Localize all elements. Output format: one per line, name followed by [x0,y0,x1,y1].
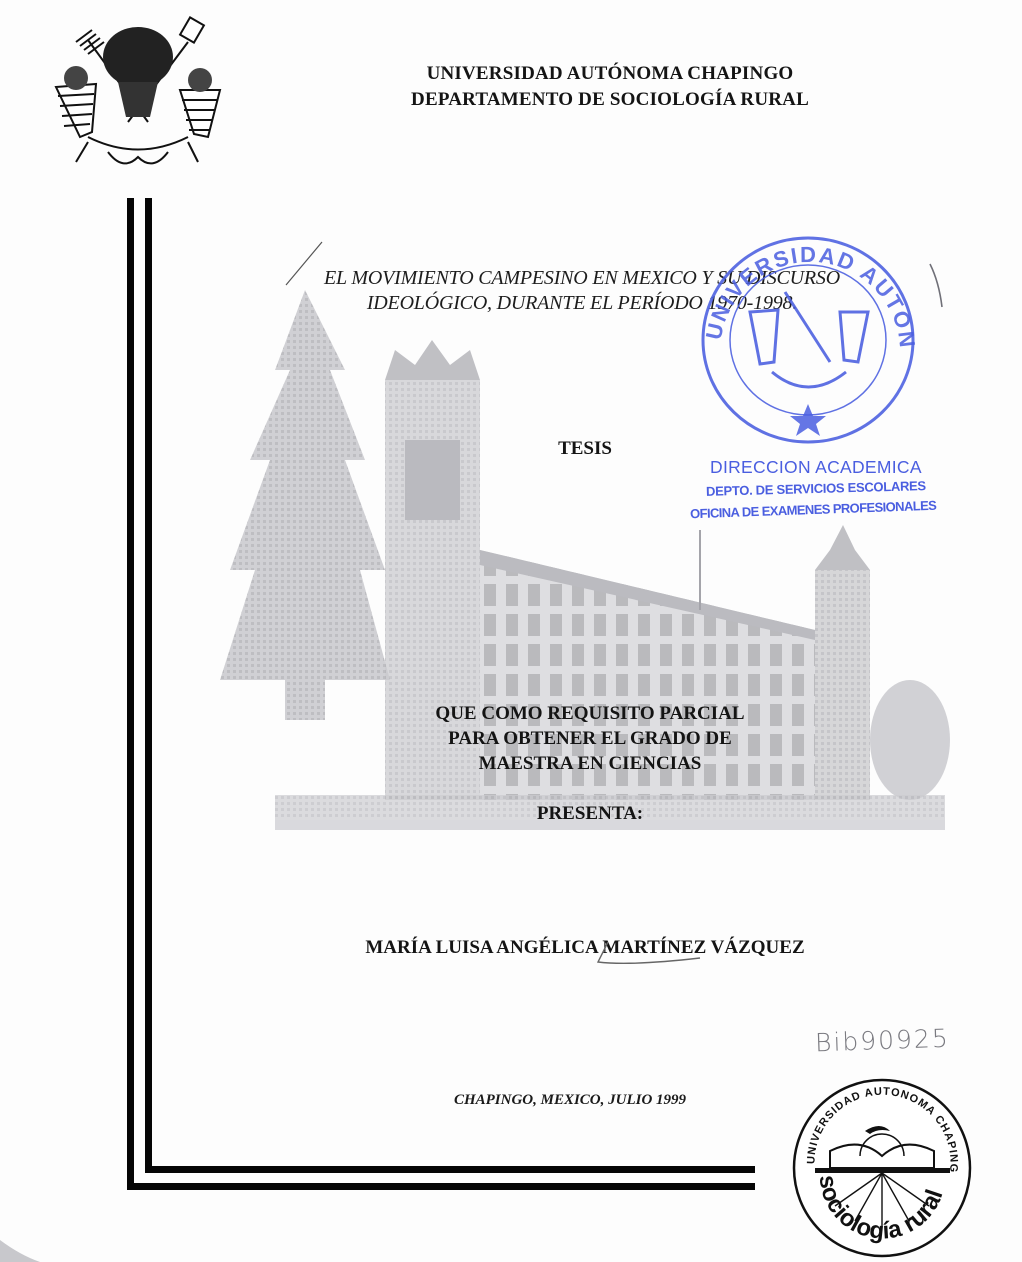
border-line-vertical-outer [127,198,134,1190]
scan-mark [927,262,947,312]
department-name: DEPARTAMENTO DE SOCIOLOGÍA RURAL [360,89,860,111]
institution-name: UNIVERSIDAD AUTÓNOMA CHAPINGO [360,63,860,85]
requirement-line-2: PARA OBTENER EL GRADO DE [380,728,800,750]
border-line-vertical-inner [145,198,152,1173]
signature-mark-icon [590,940,710,970]
page-corner-shadow [0,1225,40,1262]
place-and-date: CHAPINGO, MEXICO, JULIO 1999 [410,1092,730,1109]
document-type: TESIS [500,438,670,460]
handwritten-catalog-number: Bib90925 [815,1024,951,1058]
border-line-horizontal-outer [127,1183,755,1190]
requirement-line-3: MAESTRA EN CIENCIAS [380,753,800,775]
requirement-line-1: QUE COMO REQUISITO PARCIAL [380,703,800,725]
university-crest-icon [48,12,228,172]
university-stamp-icon: UNIVERSIDAD AUTONOMA CHAPINGO [690,232,925,447]
author-name: MARÍA LUISA ANGÉLICA MARTÍNEZ VÁZQUEZ [300,937,870,959]
stamp-line-direccion: DIRECCION ACADEMICA [710,457,922,478]
presents-label: PRESENTA: [480,803,700,825]
border-line-horizontal-inner [145,1166,755,1173]
sociologia-rural-seal-icon: UNIVERSIDAD AUTONOMA CHAPINGO sociología… [790,1076,975,1261]
